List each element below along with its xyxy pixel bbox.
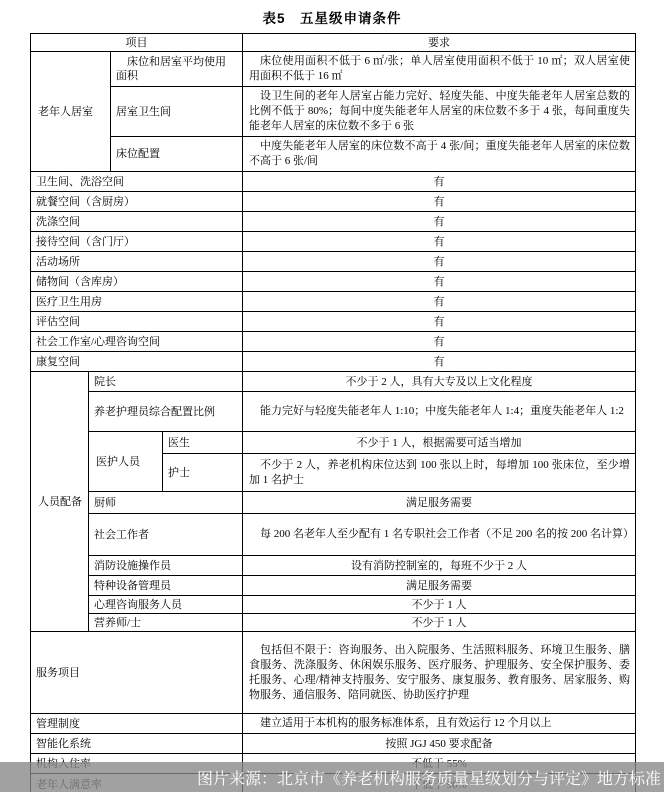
requirement-cell: 有 xyxy=(243,232,636,252)
requirement-cell: 每 200 名老年人至少配有 1 名专职社会工作者（不足 200 名的按 200… xyxy=(243,514,636,556)
requirement-cell: 有 xyxy=(243,352,636,372)
table-row: 康复空间有 xyxy=(31,352,636,372)
table-row: 管理制度建立适用于本机构的服务标准体系，且有效运行 12 个月以上 xyxy=(31,714,636,734)
requirement-cell: 建立适用于本机构的服务标准体系，且有效运行 12 个月以上 xyxy=(243,714,636,734)
requirement-cell: 不少于 1 人 xyxy=(243,614,636,632)
item-label-cell: 社会工作室/心理咨询空间 xyxy=(31,332,243,352)
table-row: 洗涤空间有 xyxy=(31,212,636,232)
item-label-cell: 居室卫生间 xyxy=(111,87,243,137)
conditions-table: 项目要求老年人居室 床位和居室平均使用面积床位使用面积不低于 6 ㎡/张；单人居… xyxy=(30,33,636,792)
item-label-cell: 特种设备管理员 xyxy=(89,576,243,596)
column-header-cell: 要求 xyxy=(243,34,636,52)
requirement-cell: 有 xyxy=(243,212,636,232)
table-row: 厨师满足服务需要 xyxy=(31,492,636,514)
requirement-cell: 有 xyxy=(243,172,636,192)
item-label-cell: 管理制度 xyxy=(31,714,243,734)
column-header-cell: 项目 xyxy=(31,34,243,52)
item-label-cell: 护士 xyxy=(163,454,243,492)
item-label-cell: 心理咨询服务人员 xyxy=(89,596,243,614)
table-row: 床位配置中度失能老年人居室的床位数不高于 4 张/间；重度失能老年人居室的床位数… xyxy=(31,137,636,172)
requirement-cell: 不少于 2 人，养老机构床位达到 100 张以上时，每增加 100 张床位，至少… xyxy=(243,454,636,492)
requirement-cell: 有 xyxy=(243,292,636,312)
requirement-cell: 有 xyxy=(243,312,636,332)
table-row: 心理咨询服务人员不少于 1 人 xyxy=(31,596,636,614)
image-source-caption: 图片来源：北京市《养老机构服务质量星级划分与评定》地方标准 xyxy=(197,766,661,789)
table-row: 储物间（含库房）有 xyxy=(31,272,636,292)
table-row: 居室卫生间设卫生间的老年人居室占能力完好、轻度失能、中度失能老年人居室总数的比例… xyxy=(31,87,636,137)
table-row: 消防设施操作员设有消防控制室的，每班不少于 2 人 xyxy=(31,556,636,576)
requirement-cell: 有 xyxy=(243,252,636,272)
item-label-cell: 床位和居室平均使用面积 xyxy=(111,52,243,87)
requirement-cell: 设卫生间的老年人居室占能力完好、轻度失能、中度失能老年人居室总数的比例不低于 8… xyxy=(243,87,636,137)
requirement-cell: 中度失能老年人居室的床位数不高于 4 张/间；重度失能老年人居室的床位数不高于 … xyxy=(243,137,636,172)
requirement-cell: 有 xyxy=(243,332,636,352)
requirement-cell: 不少于 1 人 xyxy=(243,596,636,614)
requirement-cell: 不少于 1 人，根据需要可适当增加 xyxy=(243,432,636,454)
item-label-cell: 养老护理员综合配置比例 xyxy=(89,392,243,432)
table-row: 社会工作室/心理咨询空间有 xyxy=(31,332,636,352)
table-row: 卫生间、洗浴空间有 xyxy=(31,172,636,192)
item-label-cell: 洗涤空间 xyxy=(31,212,243,232)
item-label-cell: 床位配置 xyxy=(111,137,243,172)
requirement-cell: 有 xyxy=(243,192,636,212)
requirement-cell: 满足服务需要 xyxy=(243,576,636,596)
requirement-cell: 有 xyxy=(243,272,636,292)
item-label-cell: 卫生间、洗浴空间 xyxy=(31,172,243,192)
requirement-cell: 不少于 2 人，具有大专及以上文化程度 xyxy=(243,372,636,392)
item-label-cell: 厨师 xyxy=(89,492,243,514)
table-row: 项目要求 xyxy=(31,34,636,52)
item-label-cell: 智能化系统 xyxy=(31,734,243,754)
group-label-cell: 老年人居室 xyxy=(31,52,111,172)
item-label-cell: 医疗卫生用房 xyxy=(31,292,243,312)
table-row: 活动场所有 xyxy=(31,252,636,272)
item-label-cell: 活动场所 xyxy=(31,252,243,272)
item-label-cell: 服务项目 xyxy=(31,632,243,714)
requirement-cell: 床位使用面积不低于 6 ㎡/张；单人居室使用面积不低于 10 ㎡；双人居室使用面… xyxy=(243,52,636,87)
item-label-cell: 医生 xyxy=(163,432,243,454)
conditions-table-body: 项目要求老年人居室 床位和居室平均使用面积床位使用面积不低于 6 ㎡/张；单人居… xyxy=(31,34,636,792)
table-row: 服务项目包括但不限于：咨询服务、出入院服务、生活照料服务、环境卫生服务、膳食服务… xyxy=(31,632,636,714)
requirement-cell: 设有消防控制室的，每班不少于 2 人 xyxy=(243,556,636,576)
table-row: 特种设备管理员满足服务需要 xyxy=(31,576,636,596)
item-label-cell: 康复空间 xyxy=(31,352,243,372)
requirement-cell: 包括但不限于：咨询服务、出入院服务、生活照料服务、环境卫生服务、膳食服务、洗涤服… xyxy=(243,632,636,714)
item-label-cell: 社会工作者 xyxy=(89,514,243,556)
item-label-cell: 就餐空间（含厨房） xyxy=(31,192,243,212)
table-row: 医疗卫生用房有 xyxy=(31,292,636,312)
caption-bar: 图片来源：北京市《养老机构服务质量星级划分与评定》地方标准 xyxy=(0,762,664,792)
group-label-cell: 人员配备 xyxy=(31,372,89,632)
item-label-cell: 评估空间 xyxy=(31,312,243,332)
table-row: 营养师/士不少于 1 人 xyxy=(31,614,636,632)
requirement-cell: 能力完好与轻度失能老年人 1:10；中度失能老年人 1:4；重度失能老年人 1:… xyxy=(243,392,636,432)
table-title: 表5 五星级申请条件 xyxy=(0,7,664,27)
item-label-cell: 消防设施操作员 xyxy=(89,556,243,576)
table-row: 医护人员医生不少于 1 人，根据需要可适当增加 xyxy=(31,432,636,454)
table-row: 评估空间有 xyxy=(31,312,636,332)
document-page: 表5 五星级申请条件 项目要求老年人居室 床位和居室平均使用面积床位使用面积不低… xyxy=(0,0,664,792)
table-row: 人员配备院长不少于 2 人，具有大专及以上文化程度 xyxy=(31,372,636,392)
requirement-cell: 按照 JGJ 450 要求配备 xyxy=(243,734,636,754)
item-label-cell: 接待空间（含门厅） xyxy=(31,232,243,252)
item-label-cell: 院长 xyxy=(89,372,243,392)
table-row: 老年人居室 床位和居室平均使用面积床位使用面积不低于 6 ㎡/张；单人居室使用面… xyxy=(31,52,636,87)
table-row: 就餐空间（含厨房）有 xyxy=(31,192,636,212)
table-row: 智能化系统按照 JGJ 450 要求配备 xyxy=(31,734,636,754)
item-label-cell: 储物间（含库房） xyxy=(31,272,243,292)
table-row: 养老护理员综合配置比例能力完好与轻度失能老年人 1:10；中度失能老年人 1:4… xyxy=(31,392,636,432)
table-row: 接待空间（含门厅）有 xyxy=(31,232,636,252)
requirement-cell: 满足服务需要 xyxy=(243,492,636,514)
table-row: 社会工作者每 200 名老年人至少配有 1 名专职社会工作者（不足 200 名的… xyxy=(31,514,636,556)
group-label-cell: 医护人员 xyxy=(89,432,163,492)
item-label-cell: 营养师/士 xyxy=(89,614,243,632)
